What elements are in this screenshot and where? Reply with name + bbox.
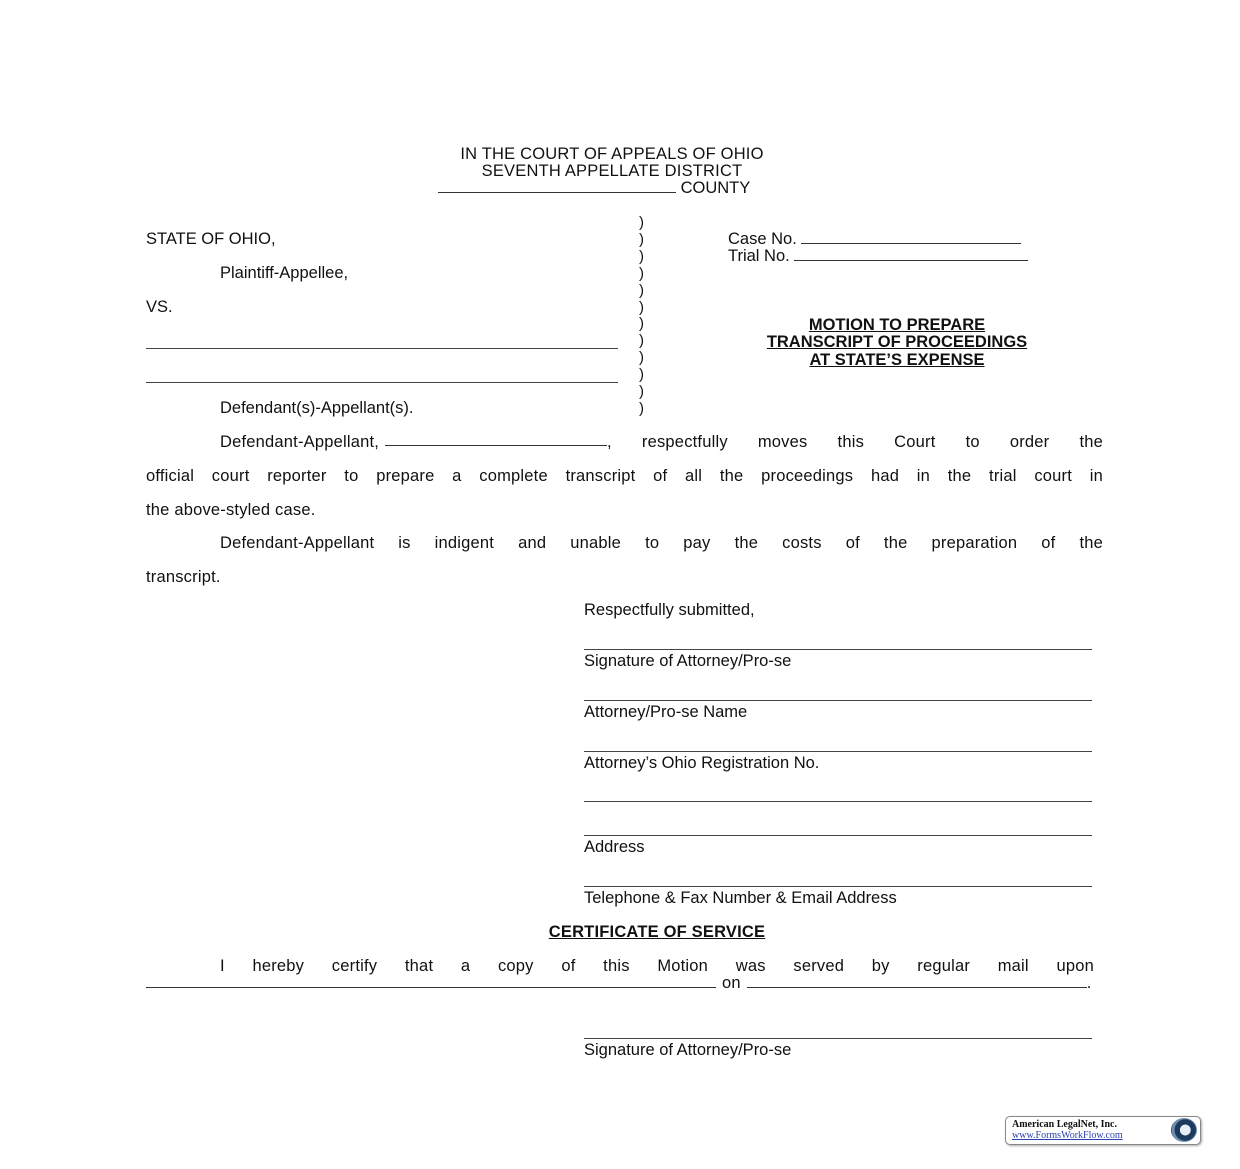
- certificate-line-2: on .: [146, 974, 1096, 993]
- signature-field-label: Signature of Attorney/Pro-se: [584, 653, 791, 670]
- certificate-title: CERTIFICATE OF SERVICE: [0, 923, 1240, 942]
- defendant-name-blank-1[interactable]: [146, 348, 618, 349]
- caption-paren: ): [639, 214, 644, 231]
- caption-paren: ): [639, 349, 644, 366]
- served-party-blank[interactable]: [146, 975, 716, 988]
- caption-paren: ): [639, 383, 644, 400]
- american-legalnet-logo[interactable]: American LegalNet, Inc. www.FormsWorkFlo…: [1005, 1116, 1201, 1145]
- signature-field-label: Telephone & Fax Number & Email Address: [584, 890, 897, 907]
- logo-url-link[interactable]: www.FormsWorkFlow.com: [1012, 1130, 1123, 1141]
- case-number-row: Case No.: [728, 231, 1021, 248]
- case-number-blank[interactable]: [801, 231, 1021, 244]
- closing-text: Respectfully submitted,: [584, 602, 755, 619]
- motion-title-line-1: MOTION TO PREPARE: [697, 317, 1097, 334]
- signature-field-line[interactable]: [584, 649, 1092, 650]
- caption-paren: ): [639, 400, 644, 417]
- motion-title-line-3: AT STATE’S EXPENSE: [697, 352, 1097, 369]
- signature-field-label: Address: [584, 839, 645, 856]
- certificate-signature-line[interactable]: [584, 1038, 1092, 1039]
- trial-number-row: Trial No.: [728, 248, 1028, 265]
- defendant-role: Defendant(s)-Appellant(s).: [220, 400, 414, 417]
- paragraph-1-line-1: Defendant-Appellant, , respectfully move…: [220, 433, 1103, 452]
- district-name: SEVENTH APPELLATE DISTRICT: [0, 163, 1232, 180]
- county-line: COUNTY: [438, 180, 750, 197]
- caption-paren: ): [639, 231, 644, 248]
- on-label: on: [722, 974, 741, 993]
- period: .: [1087, 974, 1092, 993]
- plaintiff-role: Plaintiff-Appellee,: [220, 265, 348, 282]
- court-name: IN THE COURT OF APPEALS OF OHIO: [0, 146, 1232, 163]
- signature-field-label: Attorney’s Ohio Registration No.: [584, 755, 819, 772]
- caption-paren: ): [639, 265, 644, 282]
- caption-paren: ): [639, 366, 644, 383]
- logo-company-name: American LegalNet, Inc.: [1012, 1119, 1117, 1130]
- caption-paren: ): [639, 315, 644, 332]
- county-label: COUNTY: [681, 179, 751, 197]
- signature-field-line[interactable]: [584, 835, 1092, 836]
- versus-label: VS.: [146, 299, 173, 316]
- signature-field-label: Attorney/Pro-se Name: [584, 704, 747, 721]
- service-date-blank[interactable]: [747, 975, 1087, 988]
- trial-number-label: Trial No.: [728, 247, 790, 265]
- trial-number-blank[interactable]: [794, 248, 1028, 261]
- signature-field-line[interactable]: [584, 886, 1092, 887]
- paragraph-1-line-3: the above-styled case.: [146, 501, 316, 520]
- paragraph-2-line-1: Defendant-Appellant is indigent and unab…: [220, 534, 1103, 553]
- paragraph-1-line-2: official court reporter to prepare a com…: [146, 467, 1103, 486]
- caption-paren: ): [639, 282, 644, 299]
- defendant-name-blank-2[interactable]: [146, 382, 618, 383]
- paragraph-1-rest: , respectfully moves this Court to order…: [607, 433, 1103, 452]
- signature-field-line[interactable]: [584, 801, 1092, 802]
- paragraph-2-line-2: transcript.: [146, 568, 221, 587]
- caption-paren: ): [639, 248, 644, 265]
- plaintiff-name: STATE OF OHIO,: [146, 231, 276, 248]
- globe-icon: [1171, 1118, 1197, 1142]
- signature-field-line[interactable]: [584, 700, 1092, 701]
- paragraph-1-start: Defendant-Appellant,: [220, 433, 379, 452]
- certificate-signature-label: Signature of Attorney/Pro-se: [584, 1042, 791, 1059]
- motion-title-line-2: TRANSCRIPT OF PROCEEDINGS: [697, 334, 1097, 351]
- caption-paren: ): [639, 299, 644, 316]
- county-blank[interactable]: [438, 180, 676, 193]
- defendant-appellant-name-blank[interactable]: [385, 433, 607, 446]
- signature-field-line[interactable]: [584, 751, 1092, 752]
- case-number-label: Case No.: [728, 230, 797, 248]
- caption-paren: ): [639, 332, 644, 349]
